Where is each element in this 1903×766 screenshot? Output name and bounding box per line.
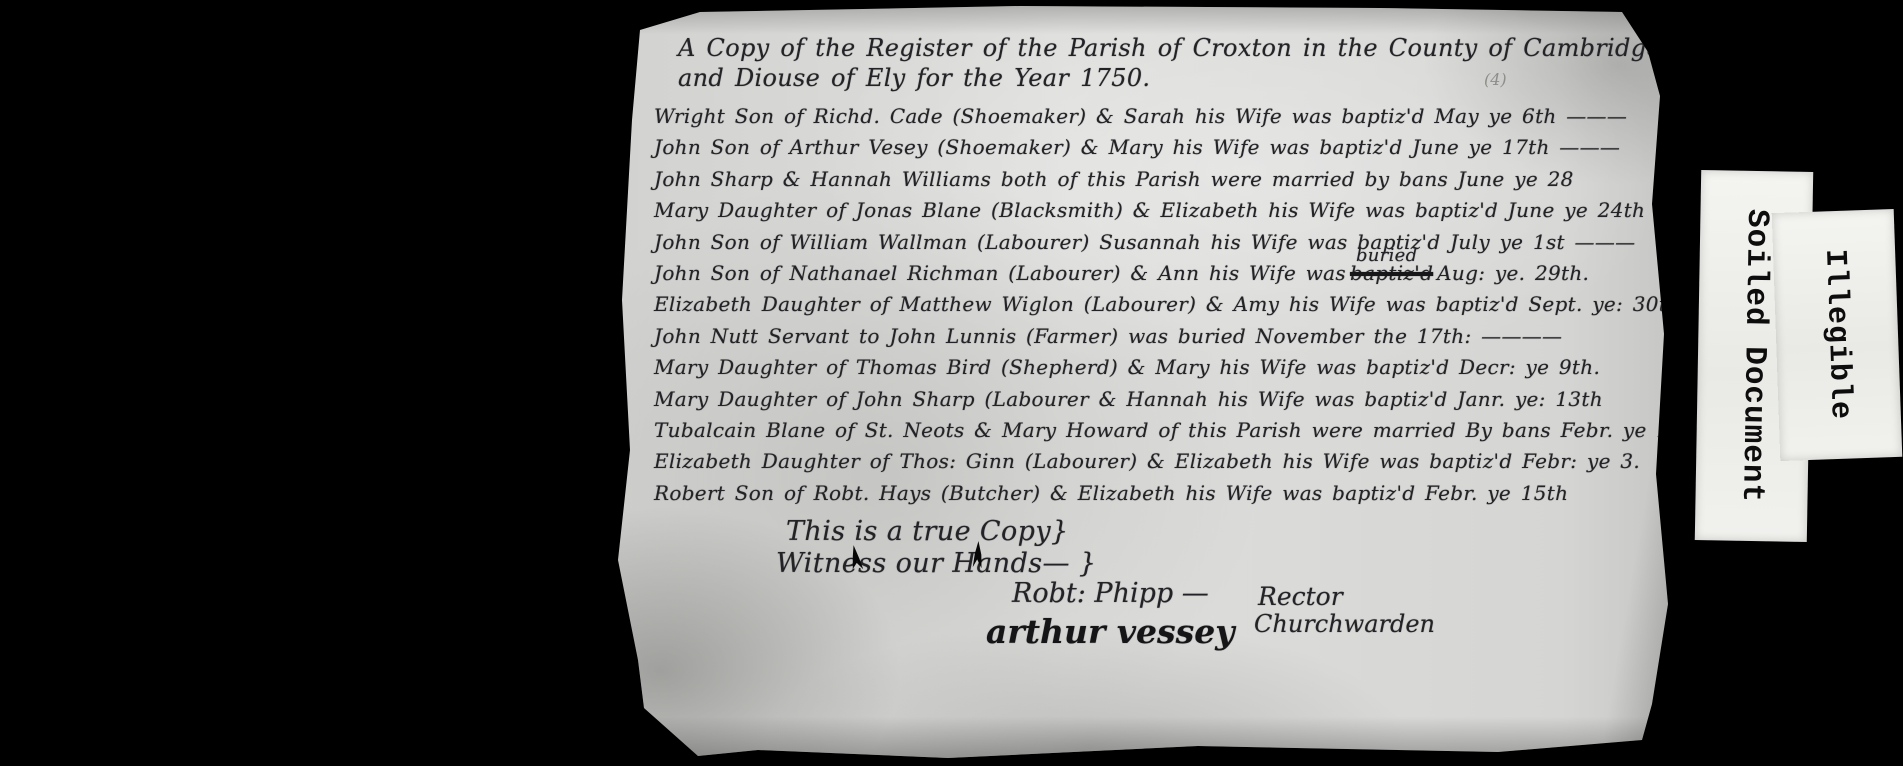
register-entry: John Son of Arthur Vesey (Shoemaker) & M… <box>654 135 1664 166</box>
register-header-line-1: A Copy of the Register of the Parish of … <box>678 34 1661 62</box>
label-illegible-text: Illegible <box>1817 249 1857 421</box>
signature-churchwarden-role: Churchwarden <box>1254 610 1435 638</box>
closing-statement-line-1: This is a true Copy} <box>786 516 1069 547</box>
document-paper: A Copy of the Register of the Parish of … <box>548 4 1674 762</box>
register-entry: Tubalcain Blane of St. Neots & Mary Howa… <box>654 418 1664 449</box>
register-entry: Robert Son of Robt. Hays (Butcher) & Eli… <box>654 481 1664 512</box>
label-soiled-document-text: Soiled Document <box>1734 209 1774 504</box>
closing-statement-line-2: Witness our Hands— } <box>776 548 1097 579</box>
register-entry: Mary Daughter of Jonas Blane (Blacksmith… <box>654 198 1664 229</box>
register-entry: John Sharp & Hannah Williams both of thi… <box>654 167 1664 198</box>
label-illegible: Illegible <box>1772 209 1903 461</box>
register-entries: Wright Son of Richd. Cade (Shoemaker) & … <box>654 104 1664 512</box>
entry-text-after: Aug: ye. 29th. <box>1437 261 1589 285</box>
signature-churchwarden-name: arthur vessey <box>986 612 1234 651</box>
register-entry: Elizabeth Daughter of Matthew Wiglon (La… <box>654 292 1664 323</box>
entry-text-before: John Son of Nathanael Richman (Labourer)… <box>654 261 1346 285</box>
signature-rector-role: Rector <box>1258 582 1343 611</box>
pencil-page-number: (4) <box>1484 70 1507 89</box>
register-entry: John Nutt Servant to John Lunnis (Farmer… <box>654 324 1664 355</box>
microfilm-scan-background: { "colors": { "background": "#000000", "… <box>0 0 1903 766</box>
signature-rector-name: Robt: Phipp — <box>1012 578 1209 609</box>
register-entry: Wright Son of Richd. Cade (Shoemaker) & … <box>654 104 1664 135</box>
register-entry: John Son of William Wallman (Labourer) S… <box>654 230 1664 261</box>
correction: baptiz'dburied <box>1350 261 1433 285</box>
register-header-line-2: and Diouse of Ely for the Year 1750. <box>678 64 1150 92</box>
register-entry: Mary Daughter of Thomas Bird (Shepherd) … <box>654 355 1664 386</box>
register-entry: Mary Daughter of John Sharp (Labourer & … <box>654 387 1664 418</box>
register-entry-corrected: John Son of Nathanael Richman (Labourer)… <box>654 261 1664 292</box>
inserted-word: buried <box>1356 245 1417 266</box>
register-entry: Elizabeth Daughter of Thos: Ginn (Labour… <box>654 449 1664 480</box>
